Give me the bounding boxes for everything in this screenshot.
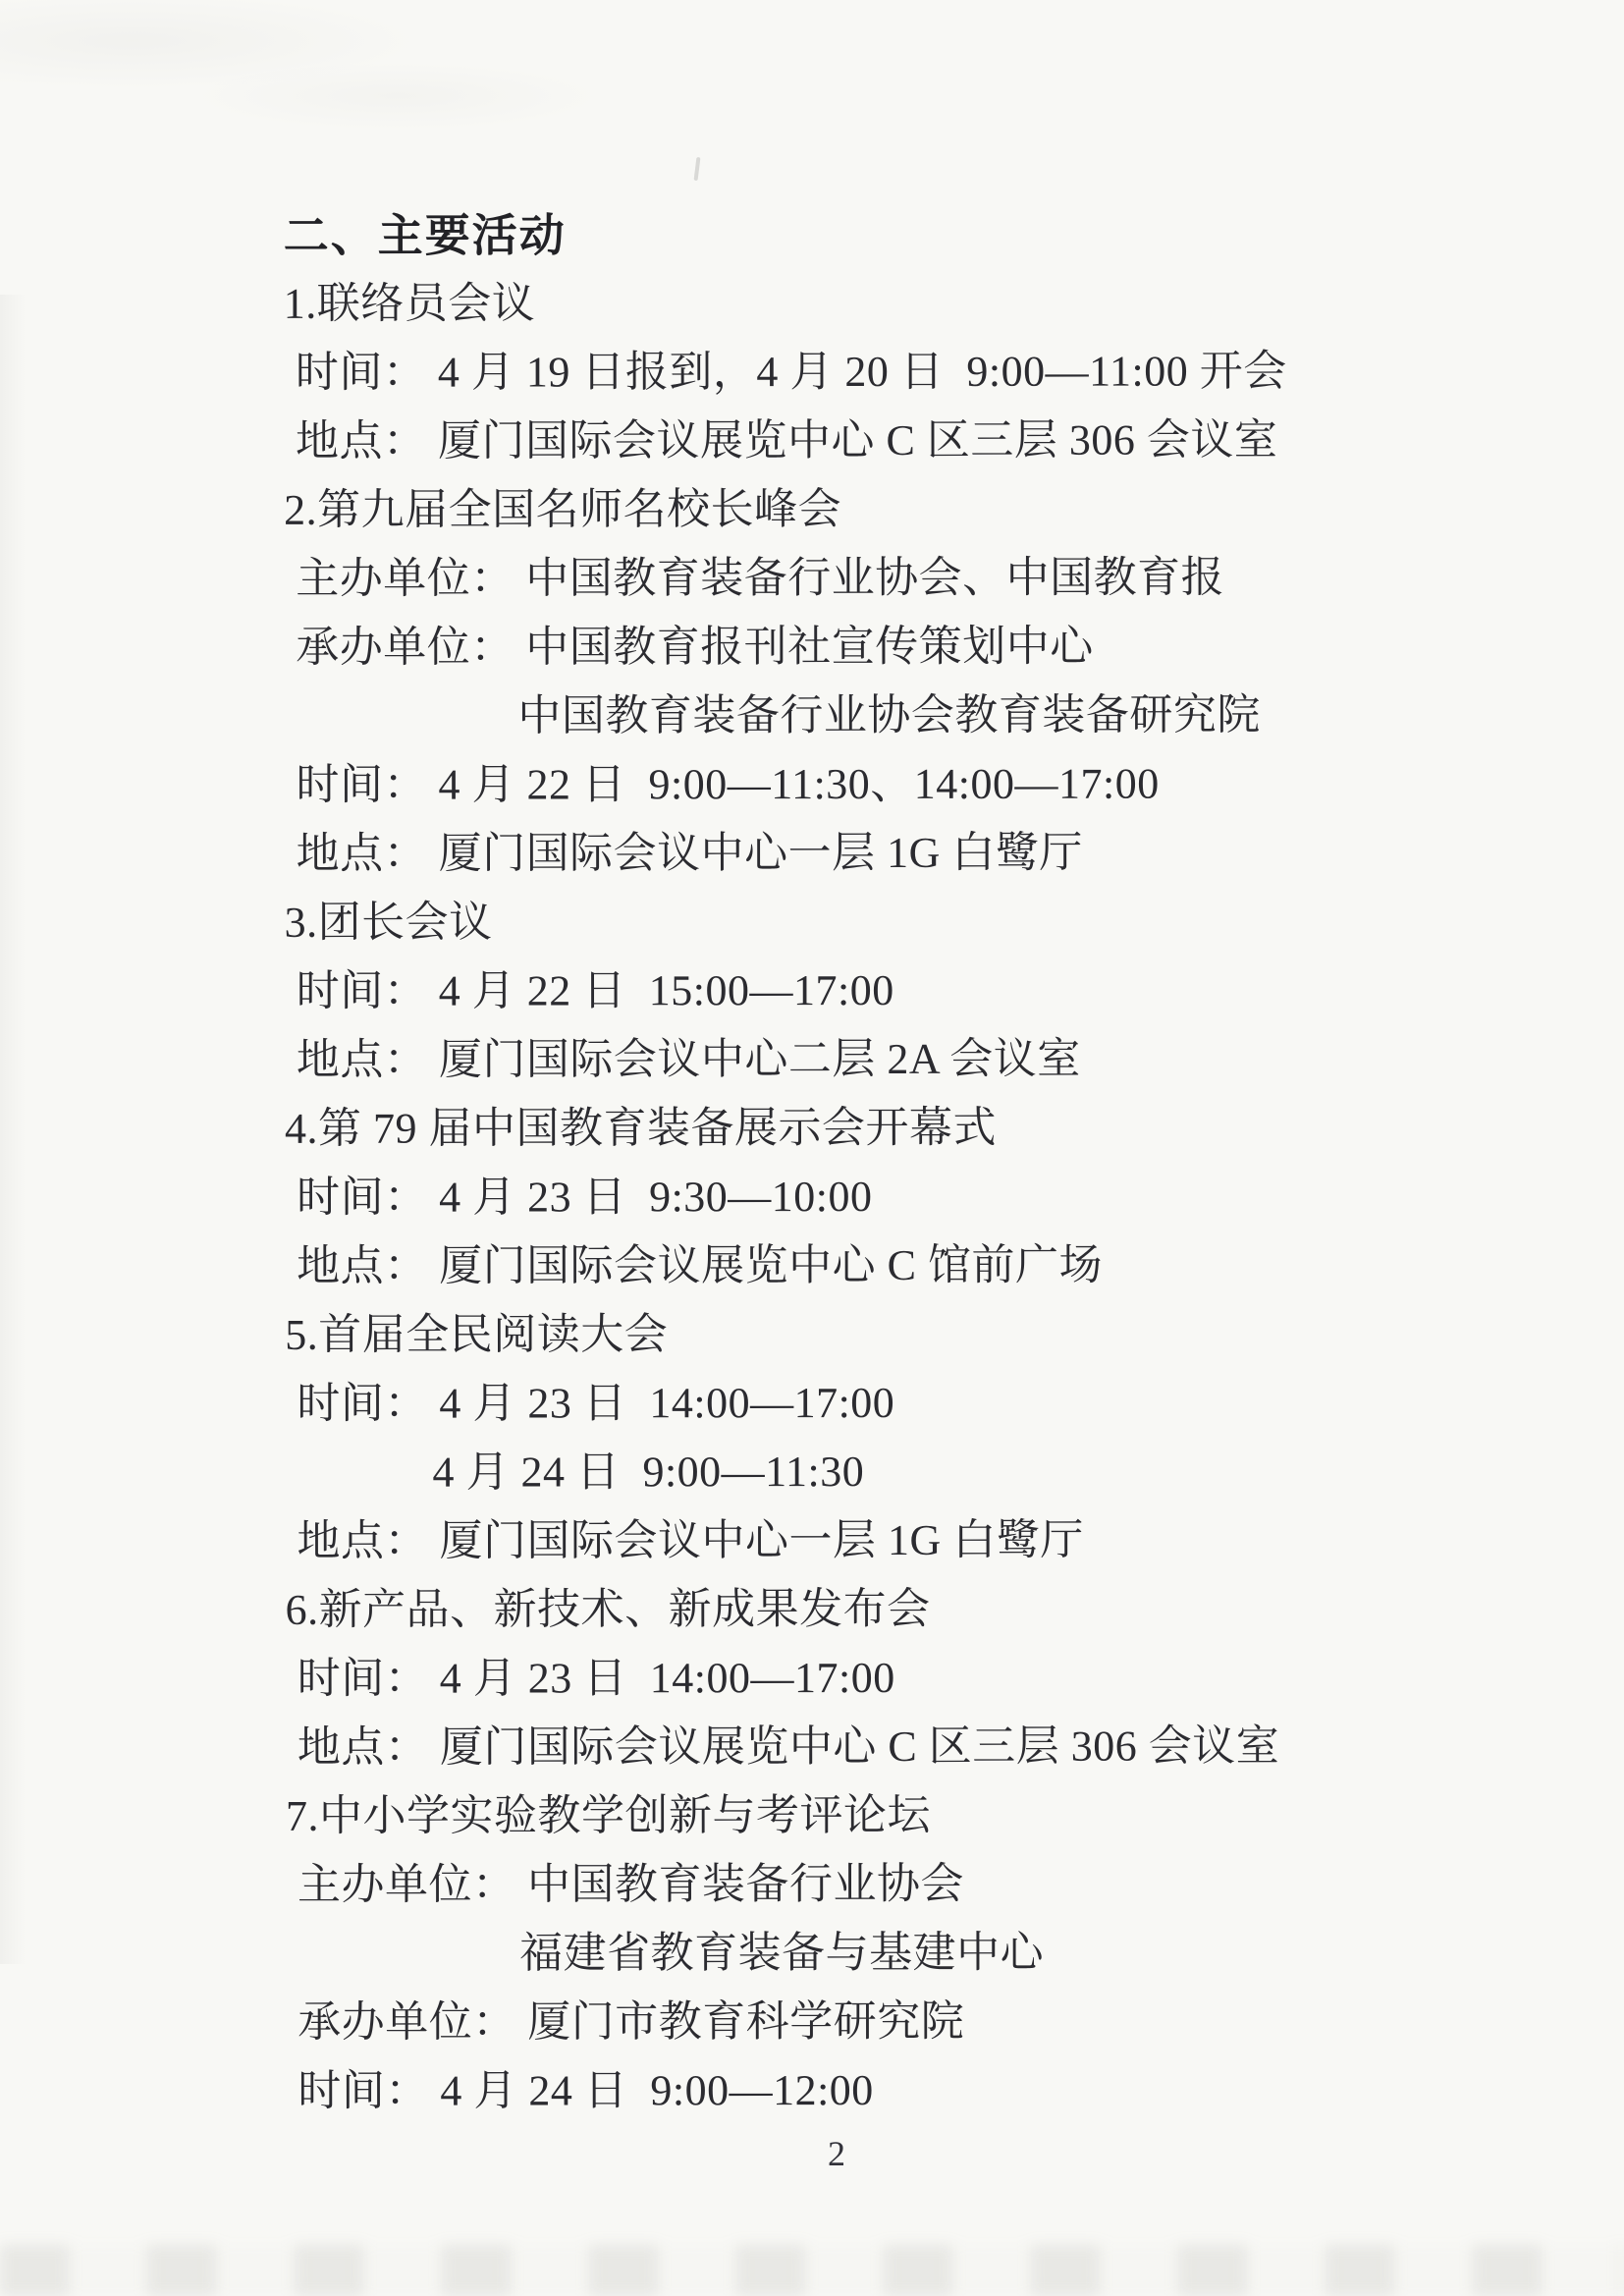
scanned-page-content: 二、主要活动 1.联络员会议 时间： 4 月 19 日报到，4 月 20 日 9… [284, 199, 1445, 2126]
scan-noise-left [0, 295, 26, 1964]
activity-7-undertaker: 承办单位： 厦门市教育科学研究院 [286, 1987, 1444, 2057]
section-heading: 二、主要活动 [284, 199, 1442, 270]
activity-4-location: 地点： 厦门国际会议展览中心 C 馆前广场 [285, 1230, 1443, 1301]
scan-noise-top [0, 0, 884, 137]
activity-7-time: 时间： 4 月 24 日 9:00—12:00 [286, 2055, 1444, 2126]
activity-1-title: 1.联络员会议 [284, 268, 1442, 339]
activity-2-organizer: 主办单位： 中国教育装备行业协会、中国教育报 [284, 543, 1442, 614]
activity-3-time: 时间： 4 月 22 日 15:00—17:00 [285, 956, 1443, 1026]
page-number: 2 [797, 2129, 876, 2178]
activity-1-location: 地点： 厦门国际会议展览中心 C 区三层 306 会议室 [284, 406, 1442, 476]
activity-5-title: 5.首届全民阅读大会 [285, 1299, 1443, 1370]
activity-2-time: 时间： 4 月 22 日 9:00—11:30、14:00—17:00 [284, 749, 1442, 820]
activity-7-organizer-cont: 福建省教育装备与基建中心 [286, 1918, 1444, 1989]
activity-5-time-cont: 4 月 24 日 9:00—11:30 [285, 1437, 1443, 1507]
activity-2-undertaker-cont: 中国教育装备行业协会教育装备研究院 [284, 681, 1442, 751]
activity-6-title: 6.新产品、新技术、新成果发布会 [286, 1574, 1444, 1645]
activity-3-title: 3.团长会议 [285, 887, 1443, 957]
activity-7-title: 7.中小学实验教学创新与考评论坛 [286, 1780, 1444, 1851]
activity-5-time: 时间： 4 月 23 日 14:00—17:00 [285, 1368, 1443, 1439]
scan-noise-bottom [0, 2245, 1624, 2296]
activity-1-time: 时间： 4 月 19 日报到，4 月 20 日 9:00—11:00 开会 [284, 337, 1442, 408]
activity-3-location: 地点： 厦门国际会议中心二层 2A 会议室 [285, 1024, 1443, 1095]
activity-2-title: 2.第九届全国名师名校长峰会 [284, 474, 1442, 545]
scan-artifact-tick [694, 157, 701, 181]
activity-2-location: 地点： 厦门国际会议中心一层 1G 白鹭厅 [285, 818, 1443, 889]
activity-6-time: 时间： 4 月 23 日 14:00—17:00 [286, 1643, 1444, 1714]
activity-2-undertaker: 承办单位： 中国教育报刊社宣传策划中心 [284, 612, 1442, 683]
activity-5-location: 地点： 厦门国际会议中心一层 1G 白鹭厅 [285, 1505, 1443, 1576]
activity-4-time: 时间： 4 月 23 日 9:30—10:00 [285, 1162, 1443, 1232]
activity-6-location: 地点： 厦门国际会议展览中心 C 区三层 306 会议室 [286, 1712, 1444, 1782]
activity-4-title: 4.第 79 届中国教育装备展示会开幕式 [285, 1093, 1443, 1164]
activity-7-organizer: 主办单位： 中国教育装备行业协会 [286, 1849, 1444, 1920]
